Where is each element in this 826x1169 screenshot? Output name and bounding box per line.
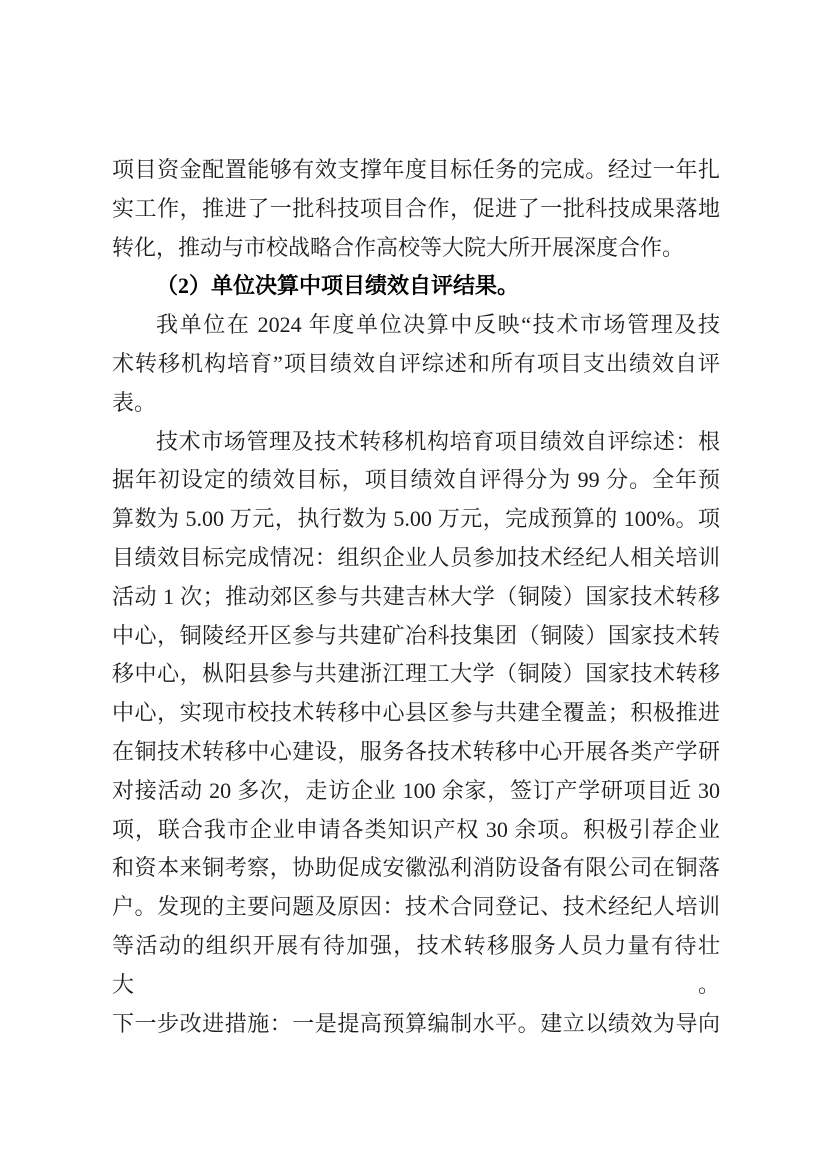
text-line: 移中心，枞阳县参与共建浙江理工大学（铜陵）国家技术转移 [112,655,720,694]
text-line: 等活动的组织开展有待加强，技术转移服务人员力量有待壮大。 [112,927,720,1005]
text-line: 下一步改进措施：一是提高预算编制水平。建立以绩效为导向 [112,1005,720,1044]
text-line: 户。发现的主要问题及原因：技术合同登记、技术经纪人培训 [112,888,720,927]
text-line: 我单位在 2024 年度单位决算中反映“技术市场管理及技 [112,306,720,345]
text-line: 技术市场管理及技术转移机构培育项目绩效自评综述：根 [112,423,720,462]
text-line: 对接活动 20 多次，走访企业 100 余家，签订产学研项目近 30 [112,772,720,811]
document-page: 项目资金配置能够有效支撑年度目标任务的完成。经过一年扎实工作，推进了一批科技项目… [0,0,826,1169]
text-line: 中心，实现市校技术转移中心县区参与共建全覆盖；积极推进 [112,694,720,733]
text-line: 转化，推动与市校战略合作高校等大院大所开展深度合作。 [112,229,720,268]
document-body: 项目资金配置能够有效支撑年度目标任务的完成。经过一年扎实工作，推进了一批科技项目… [112,151,720,1043]
text-line: 项，联合我市企业申请各类知识产权 30 余项。积极引荐企业 [112,811,720,850]
text-line: 和资本来铜考察，协助促成安徽泓利消防设备有限公司在铜落 [112,849,720,888]
text-line: 中心，铜陵经开区参与共建矿冶科技集团（铜陵）国家技术转 [112,617,720,656]
text-line: 术转移机构培育”项目绩效自评综述和所有项目支出绩效自评 [112,345,720,384]
section-heading: （2）单位决算中项目绩效自评结果。 [112,267,720,306]
text-line: 算数为 5.00 万元，执行数为 5.00 万元，完成预算的 100%。项 [112,500,720,539]
text-line: 在铜技术转移中心建设，服务各技术转移中心开展各类产学研 [112,733,720,772]
text-line: 表。 [112,384,720,423]
text-line: 活动 1 次；推动郊区参与共建吉林大学（铜陵）国家技术转移 [112,578,720,617]
text-line: 据年初设定的绩效目标，项目绩效自评得分为 99 分。全年预 [112,461,720,500]
text-line: 目绩效目标完成情况：组织企业人员参加技术经纪人相关培训 [112,539,720,578]
text-line: 项目资金配置能够有效支撑年度目标任务的完成。经过一年扎 [112,151,720,190]
text-line: 实工作，推进了一批科技项目合作，促进了一批科技成果落地 [112,190,720,229]
